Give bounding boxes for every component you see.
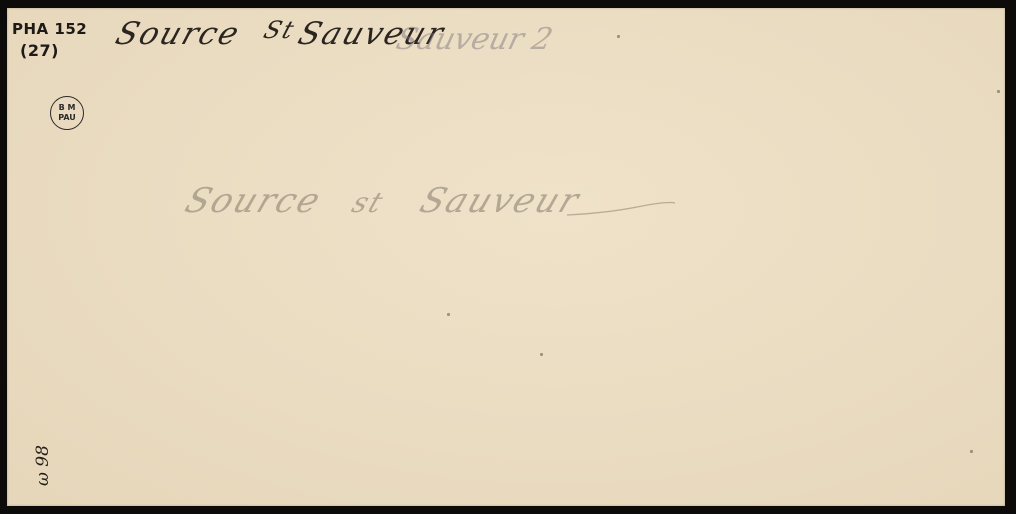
- document-card: PHA 152 (27) B M PAU SourceStSauveur Sau…: [7, 8, 1005, 506]
- paper-speck: [997, 90, 1000, 93]
- pencil-caption-word-1: Source: [180, 181, 328, 221]
- stamp-line-1: B M: [59, 103, 76, 113]
- ink-caption-word-1: Source: [111, 16, 245, 52]
- pencil-caption-word-2: st: [348, 186, 390, 219]
- paper-speck: [540, 353, 543, 356]
- paper-speck: [447, 313, 450, 316]
- paper-speck: [617, 35, 620, 38]
- pencil-overwrite: Sauveur 2: [393, 22, 556, 57]
- margin-note: ω 98: [33, 445, 53, 486]
- shelfmark-code: PHA 152: [12, 18, 87, 40]
- pencil-flourish-icon: [567, 201, 677, 221]
- ink-caption-word-2: St: [260, 16, 299, 44]
- library-stamp-icon: B M PAU: [50, 96, 84, 130]
- shelfmark: PHA 152 (27): [12, 18, 87, 62]
- paper-speck: [970, 450, 973, 453]
- shelfmark-number: (27): [12, 40, 87, 62]
- pencil-caption: SourcestSauveur: [180, 181, 586, 221]
- stamp-line-2: PAU: [58, 113, 76, 123]
- pencil-caption-word-3: Sauveur: [414, 181, 586, 221]
